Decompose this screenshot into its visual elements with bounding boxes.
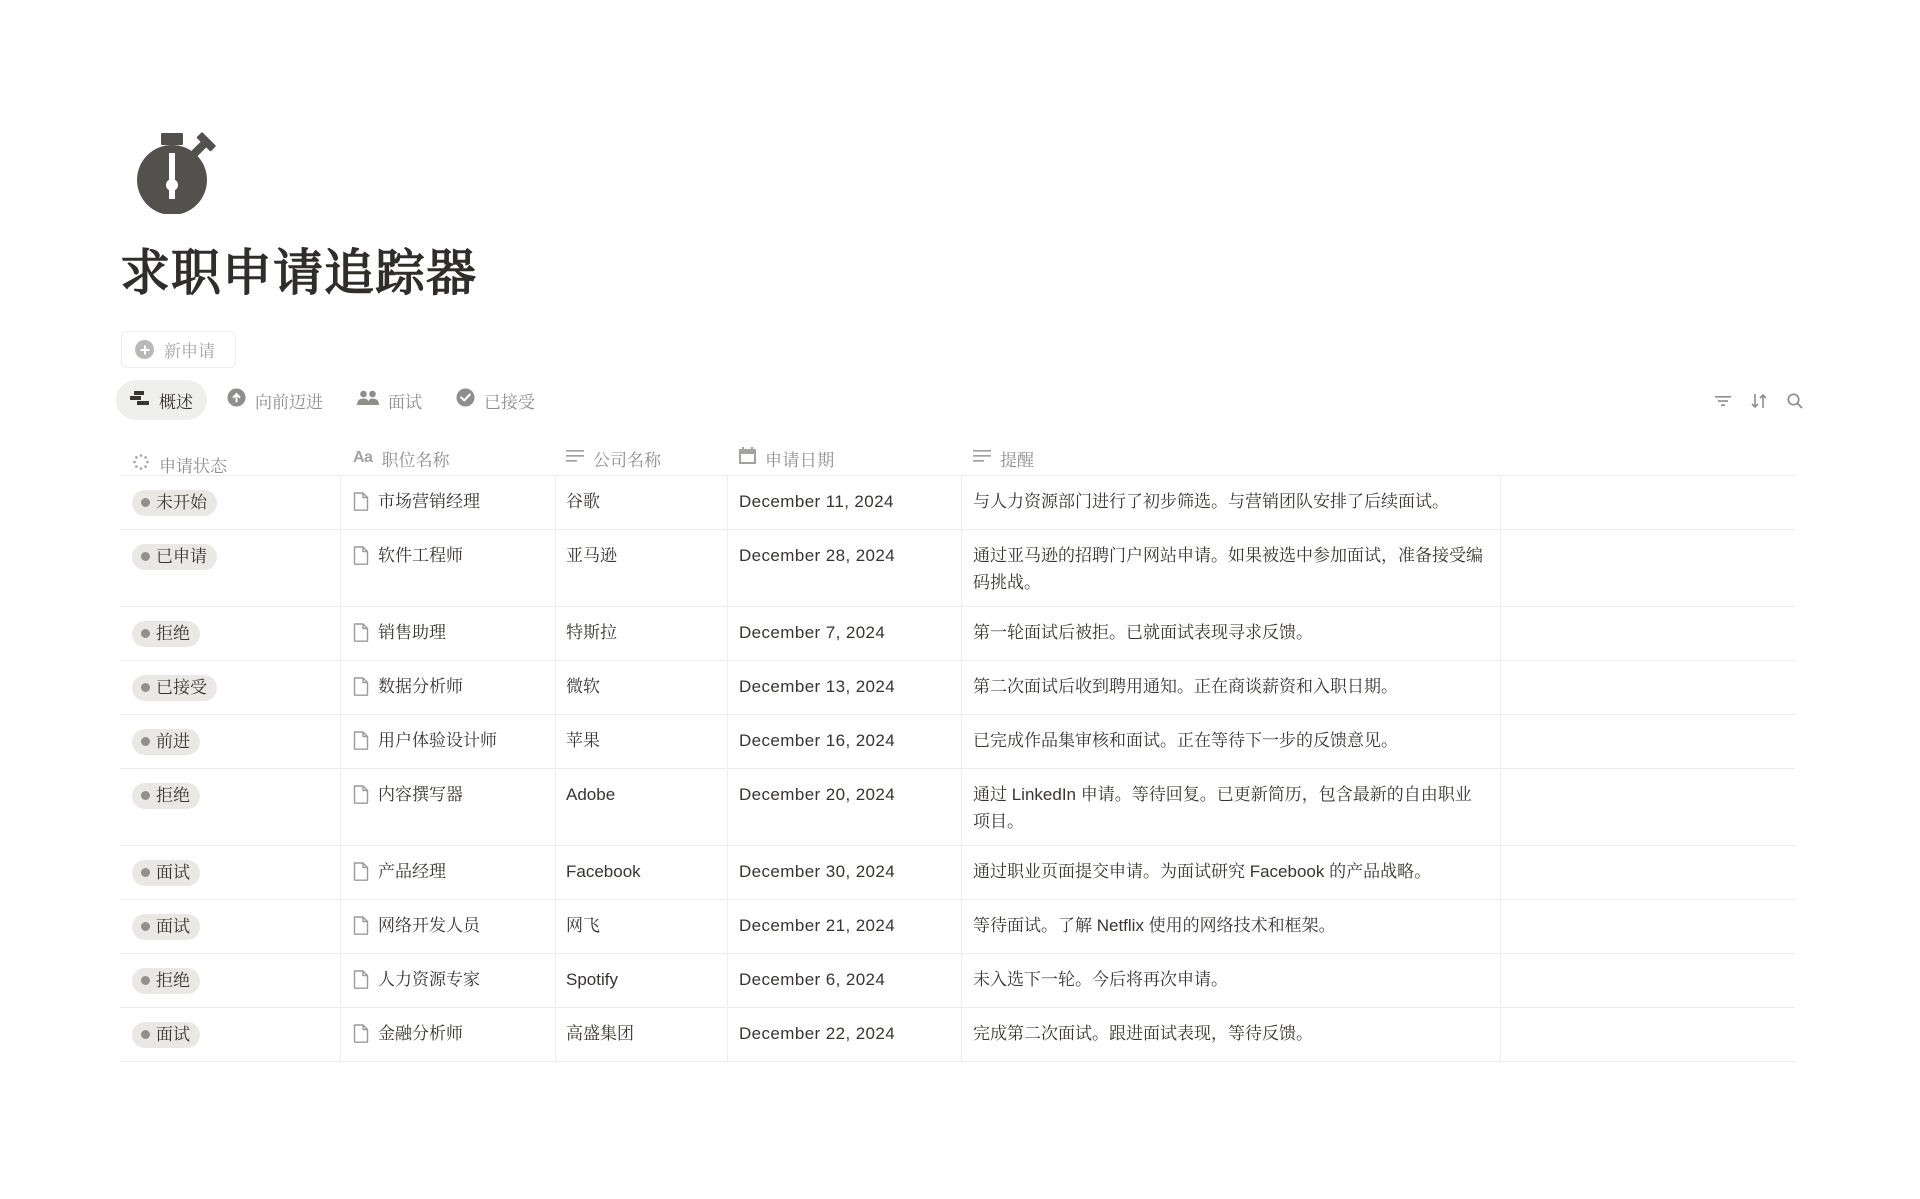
company-name: 亚马逊 xyxy=(566,546,617,565)
status-badge[interactable]: 面试 xyxy=(132,860,200,886)
status-cell[interactable]: 面试 xyxy=(120,900,341,953)
company-name: 微软 xyxy=(566,677,600,696)
status-dot-icon xyxy=(141,922,150,931)
status-cell[interactable]: 拒绝 xyxy=(120,954,341,1007)
job-title: 内容撰写器 xyxy=(378,781,463,808)
date-cell[interactable]: December 7, 2024 xyxy=(728,607,962,660)
page-icon xyxy=(353,1024,369,1051)
job-title-cell[interactable]: 网络开发人员 xyxy=(341,900,556,953)
reminder-text: 未入选下一轮。今后将再次申请。 xyxy=(973,970,1228,989)
tab-overview-label: 概述 xyxy=(159,388,193,413)
company-name: Facebook xyxy=(566,862,641,881)
table-row[interactable]: 面试 金融分析师 高盛集团 December 22, 2024 完成第二次面试。… xyxy=(120,1008,1795,1062)
job-title: 金融分析师 xyxy=(378,1020,463,1047)
reminder-text: 已完成作品集审核和面试。正在等待下一步的反馈意见。 xyxy=(973,731,1398,750)
page-icon xyxy=(353,970,369,997)
applications-table: 申请状态 Aa 职位名称 公司名称 xyxy=(120,440,1795,1062)
job-title: 数据分析师 xyxy=(378,673,463,700)
column-header-label: 职位名称 xyxy=(381,446,449,471)
table-body: 未开始 市场营销经理 谷歌 December 11, 2024 与人力资源部门进… xyxy=(120,476,1795,1062)
company-name: Spotify xyxy=(566,970,618,989)
tab-moving-forward-label: 向前迈进 xyxy=(255,388,323,413)
status-label: 拒绝 xyxy=(156,968,190,994)
status-badge[interactable]: 面试 xyxy=(132,1022,200,1048)
tab-moving-forward[interactable]: 向前迈进 xyxy=(213,380,337,420)
reminder-cell[interactable]: 已完成作品集审核和面试。正在等待下一步的反馈意见。 xyxy=(962,715,1501,768)
date-cell[interactable]: December 28, 2024 xyxy=(728,530,962,606)
status-cell[interactable]: 面试 xyxy=(120,846,341,899)
table-row[interactable]: 前进 用户体验设计师 苹果 December 16, 2024 已完成作品集审核… xyxy=(120,715,1795,769)
arrow-up-circle-icon xyxy=(227,388,246,412)
status-label: 未开始 xyxy=(156,490,207,516)
page-icon xyxy=(353,623,369,650)
search-icon xyxy=(1786,392,1804,415)
job-title-cell[interactable]: 市场营销经理 xyxy=(341,476,556,529)
status-dot-icon xyxy=(141,791,150,800)
table-header: 申请状态 Aa 职位名称 公司名称 xyxy=(120,440,1795,476)
status-dot-icon xyxy=(141,629,150,638)
tab-interview-label: 面试 xyxy=(388,388,422,413)
column-header-label: 申请状态 xyxy=(159,452,227,477)
reminder-text: 通过职业页面提交申请。为面试研究 Facebook 的产品战略。 xyxy=(973,862,1431,881)
status-dot-icon xyxy=(141,737,150,746)
reminder-cell[interactable]: 等待面试。了解 Netflix 使用的网络技术和框架。 xyxy=(962,900,1501,953)
job-title: 人力资源专家 xyxy=(378,966,480,993)
date-cell[interactable]: December 22, 2024 xyxy=(728,1008,962,1061)
status-label: 已申请 xyxy=(156,544,207,570)
search-button[interactable] xyxy=(1785,392,1805,414)
company-cell[interactable]: 网飞 xyxy=(556,900,728,953)
table-row[interactable]: 拒绝 人力资源专家 Spotify December 6, 2024 未入选下一… xyxy=(120,954,1795,1008)
status-cell[interactable]: 前进 xyxy=(120,715,341,768)
date-cell[interactable]: December 30, 2024 xyxy=(728,846,962,899)
application-date: December 6, 2024 xyxy=(739,970,885,989)
status-cell[interactable]: 面试 xyxy=(120,1008,341,1061)
status-badge[interactable]: 拒绝 xyxy=(132,621,200,647)
column-header-date[interactable]: 申请日期 xyxy=(728,440,962,476)
text-lines-icon xyxy=(973,448,991,468)
job-title: 市场营销经理 xyxy=(378,488,480,515)
empty-cell xyxy=(1501,661,1795,714)
status-cell[interactable]: 拒绝 xyxy=(120,607,341,660)
status-badge[interactable]: 已接受 xyxy=(132,675,217,701)
company-cell[interactable]: 亚马逊 xyxy=(556,530,728,606)
column-header-status[interactable]: 申请状态 xyxy=(120,440,341,476)
column-header-add xyxy=(1501,440,1795,476)
column-header-label: 公司名称 xyxy=(593,446,661,471)
company-cell[interactable]: Adobe xyxy=(556,769,728,845)
status-dot-icon xyxy=(141,868,150,877)
job-title-cell[interactable]: 用户体验设计师 xyxy=(341,715,556,768)
job-title-cell[interactable]: 人力资源专家 xyxy=(341,954,556,1007)
company-name: 特斯拉 xyxy=(566,623,617,642)
company-cell[interactable]: 谷歌 xyxy=(556,476,728,529)
people-icon xyxy=(357,390,379,411)
page-icon xyxy=(353,785,369,812)
page-icon xyxy=(353,862,369,889)
application-date: December 7, 2024 xyxy=(739,623,885,642)
job-title-cell[interactable]: 软件工程师 xyxy=(341,530,556,606)
status-dot-icon xyxy=(141,498,150,507)
status-badge[interactable]: 拒绝 xyxy=(132,783,200,809)
page: 求职申请追踪器 新申请 概述 向前迈进 xyxy=(0,0,1920,1199)
list-view-icon xyxy=(130,390,150,411)
company-cell[interactable]: Facebook xyxy=(556,846,728,899)
reminder-text: 通过亚马逊的招聘门户网站申请。如果被选中参加面试，准备接受编码挑战。 xyxy=(973,546,1483,592)
sort-icon xyxy=(1750,392,1768,415)
reminder-cell[interactable]: 通过 LinkedIn 申请。等待回复。已更新简历，包含最新的自由职业项目。 xyxy=(962,769,1501,845)
sort-button[interactable] xyxy=(1749,392,1769,414)
status-cell[interactable]: 未开始 xyxy=(120,476,341,529)
status-dot-icon xyxy=(141,976,150,985)
date-cell[interactable]: December 21, 2024 xyxy=(728,900,962,953)
status-icon xyxy=(132,453,150,476)
status-label: 面试 xyxy=(156,1022,190,1048)
status-badge[interactable]: 面试 xyxy=(132,914,200,940)
application-date: December 21, 2024 xyxy=(739,916,895,935)
company-cell[interactable]: 微软 xyxy=(556,661,728,714)
table-row[interactable]: 拒绝 销售助理 特斯拉 December 7, 2024 第一轮面试后被拒。已就… xyxy=(120,607,1795,661)
status-cell[interactable]: 拒绝 xyxy=(120,769,341,845)
company-name: 网飞 xyxy=(566,916,600,935)
status-dot-icon xyxy=(141,552,150,561)
job-title-cell[interactable]: 数据分析师 xyxy=(341,661,556,714)
status-dot-icon xyxy=(141,1030,150,1039)
job-title-cell[interactable]: 销售助理 xyxy=(341,607,556,660)
page-icon xyxy=(353,916,369,943)
status-label: 拒绝 xyxy=(156,783,190,809)
status-badge[interactable]: 未开始 xyxy=(132,490,217,516)
table-row[interactable]: 已申请 软件工程师 亚马逊 December 28, 2024 通过亚马逊的招聘… xyxy=(120,530,1795,607)
status-label: 拒绝 xyxy=(156,621,190,647)
column-header-label: 申请日期 xyxy=(765,446,835,471)
calendar-icon xyxy=(739,447,756,469)
tab-interview[interactable]: 面试 xyxy=(343,380,436,420)
reminder-cell[interactable]: 第一轮面试后被拒。已就面试表现寻求反馈。 xyxy=(962,607,1501,660)
date-cell[interactable]: December 13, 2024 xyxy=(728,661,962,714)
date-cell[interactable]: December 16, 2024 xyxy=(728,715,962,768)
page-icon xyxy=(353,546,369,573)
job-title-cell[interactable]: 内容撰写器 xyxy=(341,769,556,845)
text-aa-icon: Aa xyxy=(353,449,372,467)
table-row[interactable]: 未开始 市场营销经理 谷歌 December 11, 2024 与人力资源部门进… xyxy=(120,476,1795,530)
column-header-reminder[interactable]: 提醒 xyxy=(962,440,1501,476)
job-title: 用户体验设计师 xyxy=(378,727,497,754)
reminder-text: 完成第二次面试。跟进面试表现，等待反馈。 xyxy=(973,1024,1313,1043)
page-title: 求职申请追踪器 xyxy=(120,240,477,306)
company-cell[interactable]: Spotify xyxy=(556,954,728,1007)
job-title: 网络开发人员 xyxy=(378,912,480,939)
application-date: December 11, 2024 xyxy=(739,492,894,511)
empty-cell xyxy=(1501,476,1795,529)
company-name: 苹果 xyxy=(566,731,600,750)
company-cell[interactable]: 高盛集团 xyxy=(556,1008,728,1061)
empty-cell xyxy=(1501,954,1795,1007)
text-lines-icon xyxy=(566,448,584,468)
application-date: December 22, 2024 xyxy=(739,1024,895,1043)
company-cell[interactable]: 苹果 xyxy=(556,715,728,768)
status-badge[interactable]: 前进 xyxy=(132,729,200,755)
reminder-cell[interactable]: 通过职业页面提交申请。为面试研究 Facebook 的产品战略。 xyxy=(962,846,1501,899)
status-badge[interactable]: 拒绝 xyxy=(132,968,200,994)
empty-cell xyxy=(1501,607,1795,660)
empty-cell xyxy=(1501,900,1795,953)
reminder-cell[interactable]: 与人力资源部门进行了初步筛选。与营销团队安排了后续面试。 xyxy=(962,476,1501,529)
application-date: December 30, 2024 xyxy=(739,862,895,881)
date-cell[interactable]: December 20, 2024 xyxy=(728,769,962,845)
new-application-button[interactable]: 新申请 xyxy=(121,331,236,368)
reminder-cell[interactable]: 未入选下一轮。今后将再次申请。 xyxy=(962,954,1501,1007)
status-cell[interactable]: 已接受 xyxy=(120,661,341,714)
reminder-cell[interactable]: 第二次面试后收到聘用通知。正在商谈薪资和入职日期。 xyxy=(962,661,1501,714)
new-application-label: 新申请 xyxy=(164,337,215,362)
company-cell[interactable]: 特斯拉 xyxy=(556,607,728,660)
column-header-company[interactable]: 公司名称 xyxy=(556,440,728,476)
column-header-job-title[interactable]: Aa 职位名称 xyxy=(341,440,556,476)
empty-cell xyxy=(1501,530,1795,606)
check-circle-icon xyxy=(456,388,475,412)
empty-cell xyxy=(1501,715,1795,768)
application-date: December 20, 2024 xyxy=(739,785,895,804)
status-label: 面试 xyxy=(156,914,190,940)
filter-button[interactable] xyxy=(1713,392,1733,414)
company-name: 高盛集团 xyxy=(566,1024,634,1043)
job-title: 产品经理 xyxy=(378,858,446,885)
empty-cell xyxy=(1501,769,1795,845)
reminder-text: 与人力资源部门进行了初步筛选。与营销团队安排了后续面试。 xyxy=(973,492,1449,511)
tab-accepted[interactable]: 已接受 xyxy=(442,380,549,420)
job-title-cell[interactable]: 金融分析师 xyxy=(341,1008,556,1061)
reminder-cell[interactable]: 通过亚马逊的招聘门户网站申请。如果被选中参加面试，准备接受编码挑战。 xyxy=(962,530,1501,606)
status-label: 前进 xyxy=(156,729,190,755)
reminder-text: 等待面试。了解 Netflix 使用的网络技术和框架。 xyxy=(973,916,1336,935)
company-name: Adobe xyxy=(566,785,615,804)
table-row[interactable]: 已接受 数据分析师 微软 December 13, 2024 第二次面试后收到聘… xyxy=(120,661,1795,715)
status-badge[interactable]: 已申请 xyxy=(132,544,217,570)
tab-overview[interactable]: 概述 xyxy=(116,380,207,420)
date-cell[interactable]: December 11, 2024 xyxy=(728,476,962,529)
empty-cell xyxy=(1501,1008,1795,1061)
reminder-text: 第二次面试后收到聘用通知。正在商谈薪资和入职日期。 xyxy=(973,677,1398,696)
company-name: 谷歌 xyxy=(566,492,600,511)
date-cell[interactable]: December 6, 2024 xyxy=(728,954,962,1007)
view-toolbar xyxy=(1713,392,1805,414)
table-row[interactable]: 拒绝 内容撰写器 Adobe December 20, 2024 通过 Link… xyxy=(120,769,1795,846)
view-tabs: 概述 向前迈进 面试 xyxy=(116,380,555,420)
table-row[interactable]: 面试 产品经理 Facebook December 30, 2024 通过职业页… xyxy=(120,846,1795,900)
status-label: 面试 xyxy=(156,860,190,886)
page-icon xyxy=(353,677,369,704)
filter-icon xyxy=(1714,394,1732,413)
status-dot-icon xyxy=(141,683,150,692)
stopwatch-icon[interactable] xyxy=(134,130,218,214)
job-title: 销售助理 xyxy=(378,619,446,646)
reminder-text: 第一轮面试后被拒。已就面试表现寻求反馈。 xyxy=(973,623,1313,642)
application-date: December 16, 2024 xyxy=(739,731,895,750)
table-row[interactable]: 面试 网络开发人员 网飞 December 21, 2024 等待面试。了解 N… xyxy=(120,900,1795,954)
job-title-cell[interactable]: 产品经理 xyxy=(341,846,556,899)
plus-circle-icon xyxy=(135,340,154,359)
empty-cell xyxy=(1501,846,1795,899)
page-icon xyxy=(353,731,369,758)
job-title: 软件工程师 xyxy=(378,542,463,569)
tab-accepted-label: 已接受 xyxy=(484,388,535,413)
status-label: 已接受 xyxy=(156,675,207,701)
reminder-cell[interactable]: 完成第二次面试。跟进面试表现，等待反馈。 xyxy=(962,1008,1501,1061)
status-cell[interactable]: 已申请 xyxy=(120,530,341,606)
reminder-text: 通过 LinkedIn 申请。等待回复。已更新简历，包含最新的自由职业项目。 xyxy=(973,785,1472,831)
page-icon xyxy=(353,492,369,519)
column-header-label: 提醒 xyxy=(1000,446,1034,471)
application-date: December 28, 2024 xyxy=(739,546,895,565)
application-date: December 13, 2024 xyxy=(739,677,895,696)
